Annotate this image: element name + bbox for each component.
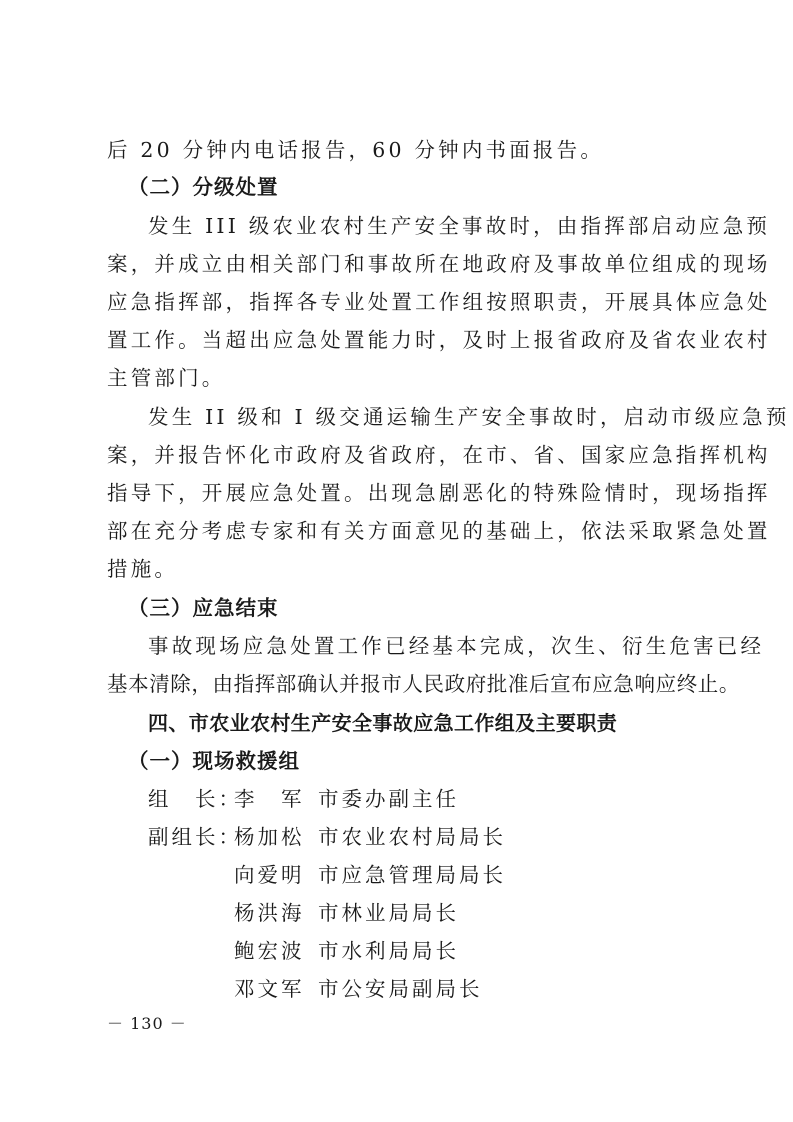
body-line: 指导下，开展应急处置。出现急剧恶化的特殊险情时，现场指挥 xyxy=(107,474,771,512)
body-line: 案，并报告怀化市政府及省政府，在市、省、国家应急指挥机构 xyxy=(107,436,771,474)
member-name: 鲍宏波 xyxy=(234,932,305,970)
member-name: 邓文军 xyxy=(234,970,305,1008)
member-name: 向爱明 xyxy=(234,856,305,894)
body-line: 主管部门。 xyxy=(107,359,226,397)
section-subheading-end: （三）应急结束 xyxy=(128,589,279,627)
member-name: 杨洪海 xyxy=(234,894,305,932)
body-line: 发生 III 级农业农村生产安全事故时，由指挥部启动应急预 xyxy=(148,207,770,245)
body-line: 案，并成立由相关部门和事故所在地政府及事故单位组成的现场 xyxy=(107,245,771,283)
body-line: 事故现场应急处置工作已经基本完成，次生、衍生危害已经 xyxy=(148,627,764,665)
body-line: 置工作。当超出应急处置能力时，及时上报省政府及省农业农村 xyxy=(107,321,771,359)
member-name: 李 军 xyxy=(234,780,305,818)
body-line: 后 20 分钟内电话报告，60 分钟内书面报告。 xyxy=(107,131,604,169)
body-line: 部在充分考虑专家和有关方面意见的基础上，依法采取紧急处置 xyxy=(107,512,771,550)
body-line: 基本清除，由指挥部确认并报市人民政府批准后宣布应急响应终止。 xyxy=(107,665,740,703)
member-role-label: 副组长： xyxy=(148,818,242,856)
member-title: 市林业局局长 xyxy=(318,894,459,932)
page-number: － 130 － xyxy=(107,1011,187,1034)
section-subheading-grading: （二）分级处置 xyxy=(128,168,279,206)
section-main-heading: 四、市农业农村生产安全事故应急工作组及主要职责 xyxy=(148,704,617,742)
body-line: 应急指挥部，指挥各专业处置工作组按照职责，开展具体应急处 xyxy=(107,283,771,321)
member-name: 杨加松 xyxy=(234,818,305,856)
member-title: 市公安局副局长 xyxy=(318,970,483,1008)
body-line: 措施。 xyxy=(107,550,178,588)
member-title: 市应急管理局局长 xyxy=(318,856,506,894)
member-title: 市委办副主任 xyxy=(318,780,459,818)
member-title: 市水利局局长 xyxy=(318,932,459,970)
member-role-label: 组 长： xyxy=(148,780,242,818)
member-title: 市农业农村局局长 xyxy=(318,818,506,856)
body-line: 发生 II 级和 I 级交通运输生产安全事故时，启动市级应急预 xyxy=(148,398,790,436)
section-subheading-rescue-group: （一）现场救援组 xyxy=(128,742,300,780)
document-page: 后 20 分钟内电话报告，60 分钟内书面报告。 （二）分级处置 发生 III … xyxy=(0,0,793,1122)
